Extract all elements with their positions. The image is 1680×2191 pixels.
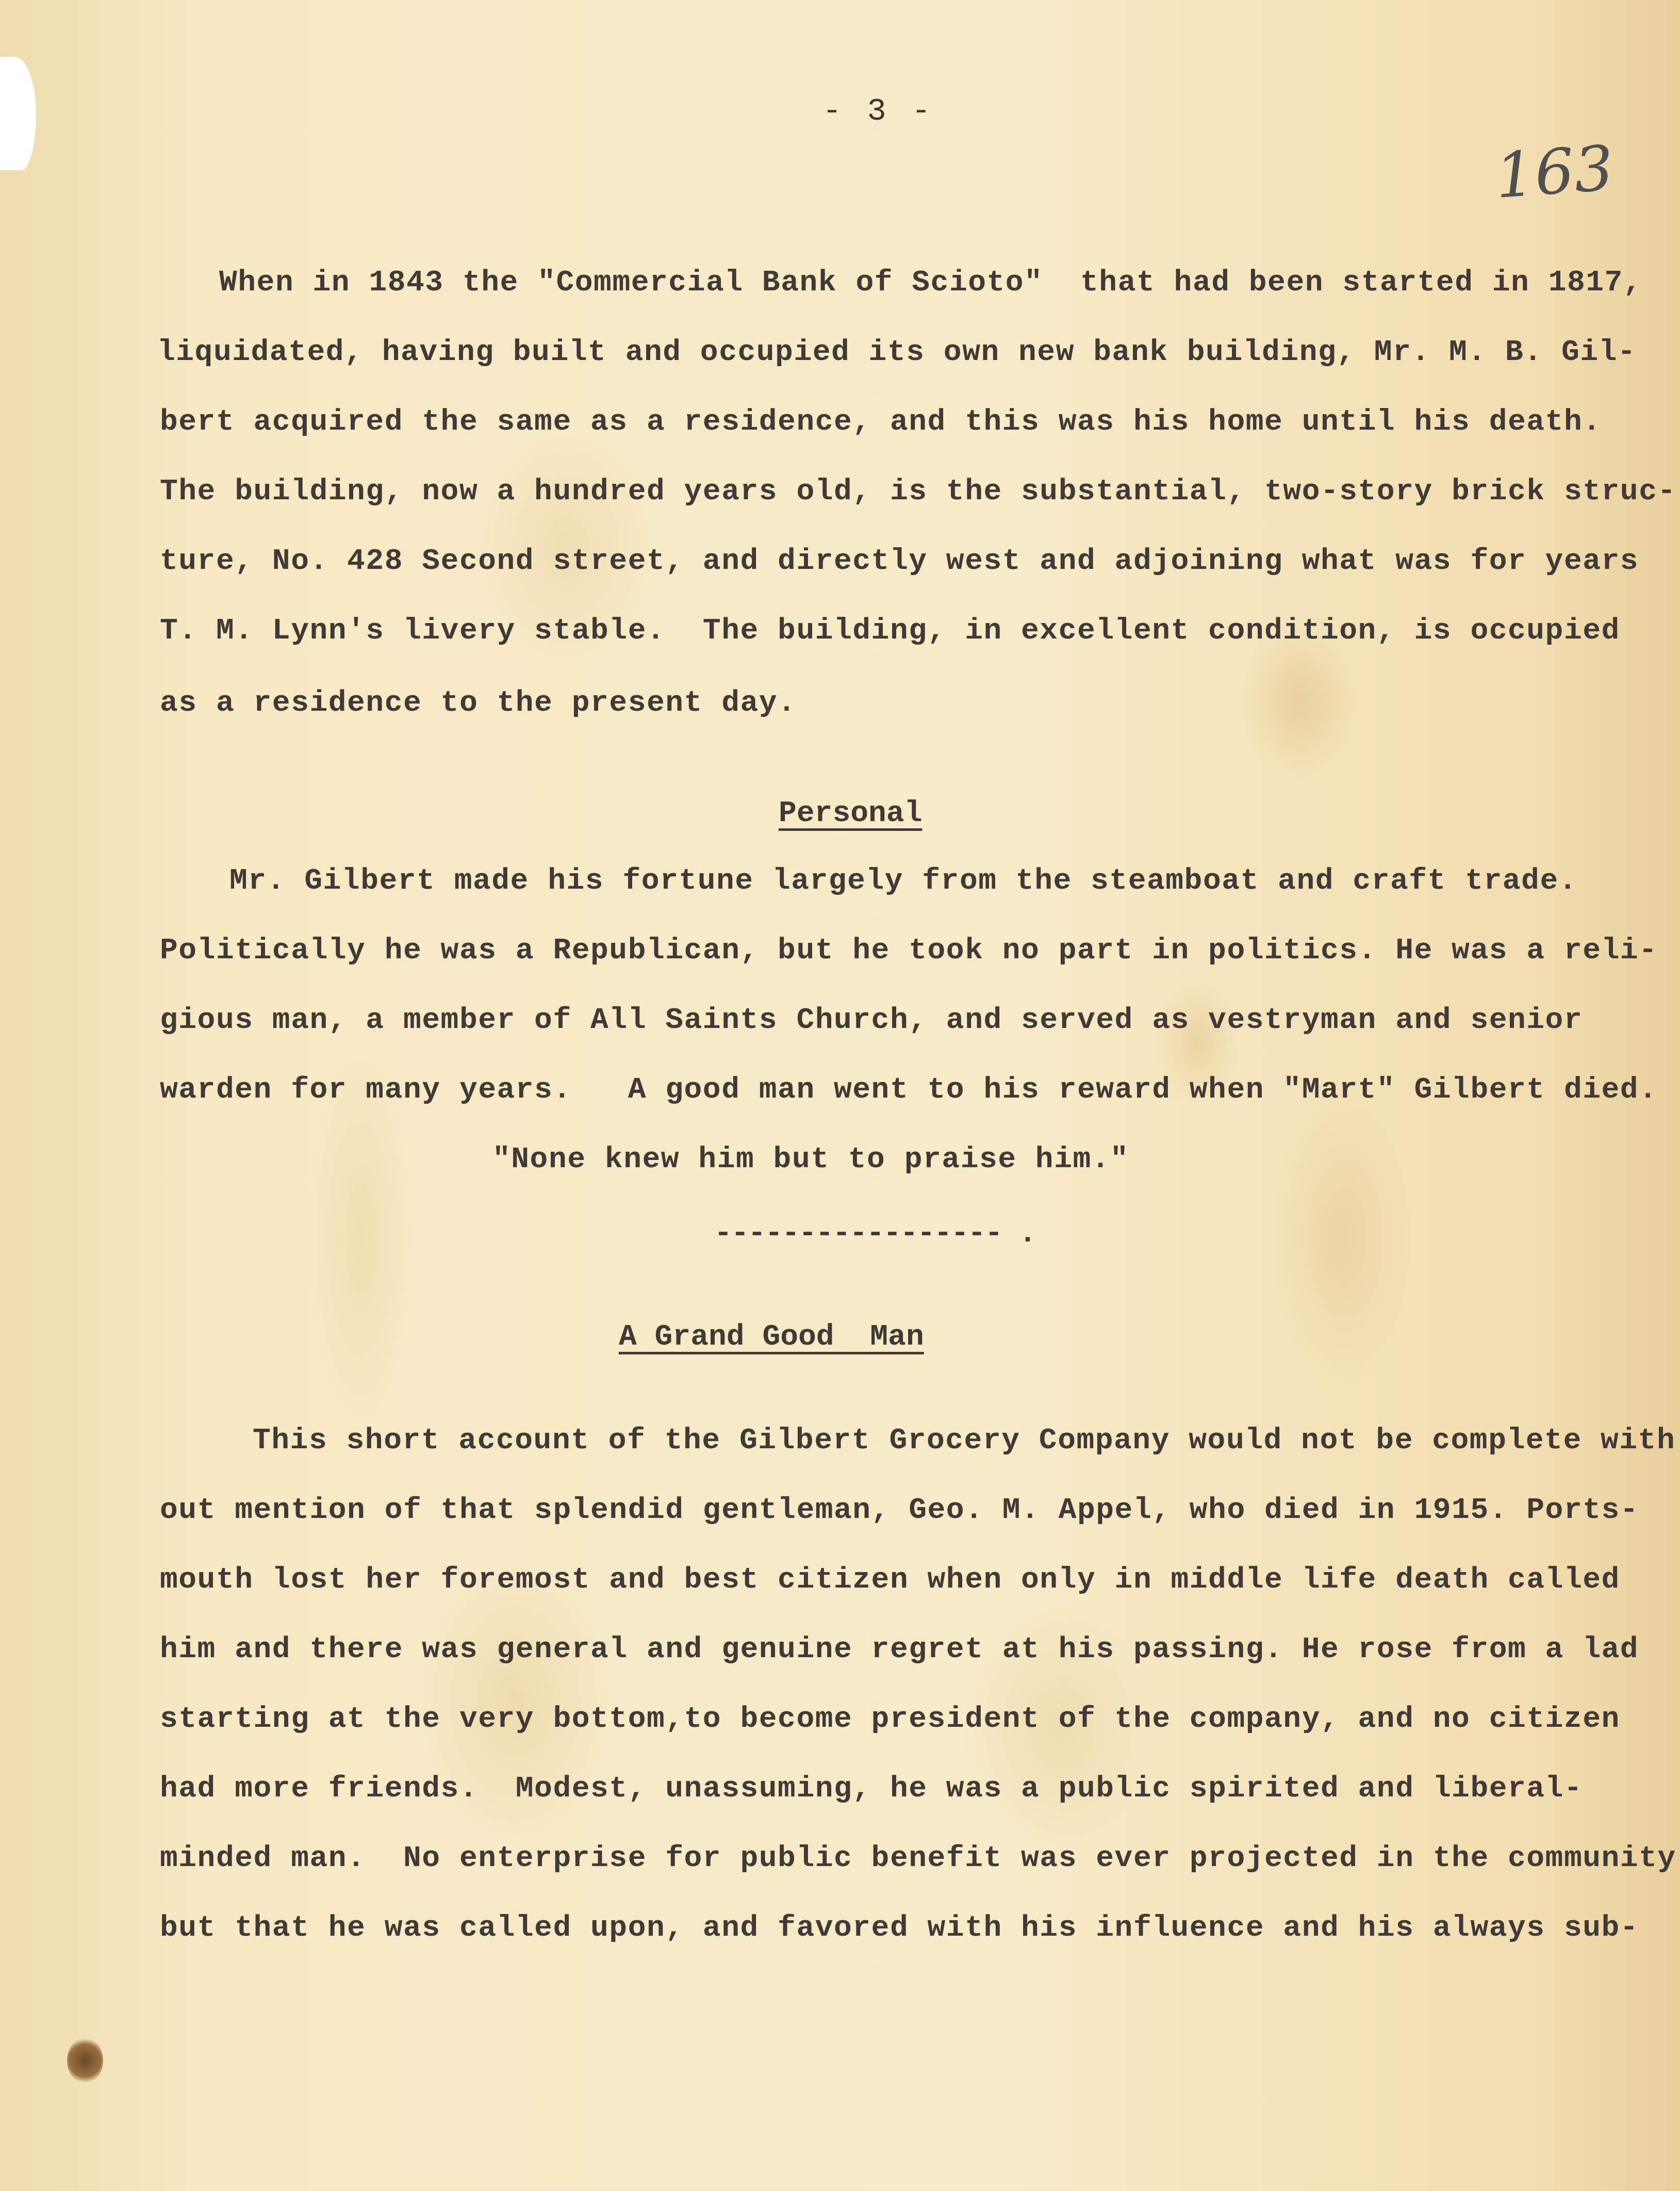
text-line: Mr. Gilbert made his fortune largely fro… [229, 866, 1577, 896]
ink-blot [67, 2037, 103, 2084]
text-line: mouth lost her foremost and best citizen… [160, 1565, 1620, 1595]
text-line: minded man. No enterprise for public ben… [160, 1844, 1676, 1874]
section-divider: ----------------- . [714, 1217, 1035, 1251]
text-line: liquidated, having built and occupied it… [157, 338, 1636, 368]
text-line: had more friends. Modest, unassuming, he… [160, 1774, 1583, 1804]
text-line: When in 1843 the "Commercial Bank of Sci… [219, 268, 1642, 298]
quote-line: "None knew him but to praise him." [492, 1145, 1129, 1175]
page-number: - 3 - [822, 93, 934, 129]
text-line: T. M. Lynn's livery stable. The building… [160, 616, 1620, 646]
text-line: This short account of the Gilbert Grocer… [253, 1426, 1680, 1456]
handwritten-folio: 163 [1493, 133, 1616, 212]
text-line: but that he was called upon, and favored… [160, 1914, 1639, 1943]
section-heading-personal: Personal [779, 797, 922, 830]
text-line: him and there was general and genuine re… [160, 1635, 1639, 1665]
text-line: The building, now a hundred years old, i… [160, 477, 1676, 507]
text-line: warden for many years. A good man went t… [160, 1075, 1657, 1105]
text-line: out mention of that splendid gentleman, … [160, 1496, 1639, 1526]
text-line: Politically he was a Republican, but he … [160, 936, 1657, 966]
text-line: bert acquired the same as a residence, a… [160, 407, 1602, 437]
text-line: gious man, a member of All Saints Church… [160, 1006, 1583, 1036]
section-heading-grand-good-man: A Grand Good Man [619, 1320, 924, 1354]
text-line: starting at the very bottom,to become pr… [160, 1705, 1620, 1735]
text-line: ture, No. 428 Second street, and directl… [160, 547, 1639, 577]
text-line: as a residence to the present day. [160, 689, 796, 718]
